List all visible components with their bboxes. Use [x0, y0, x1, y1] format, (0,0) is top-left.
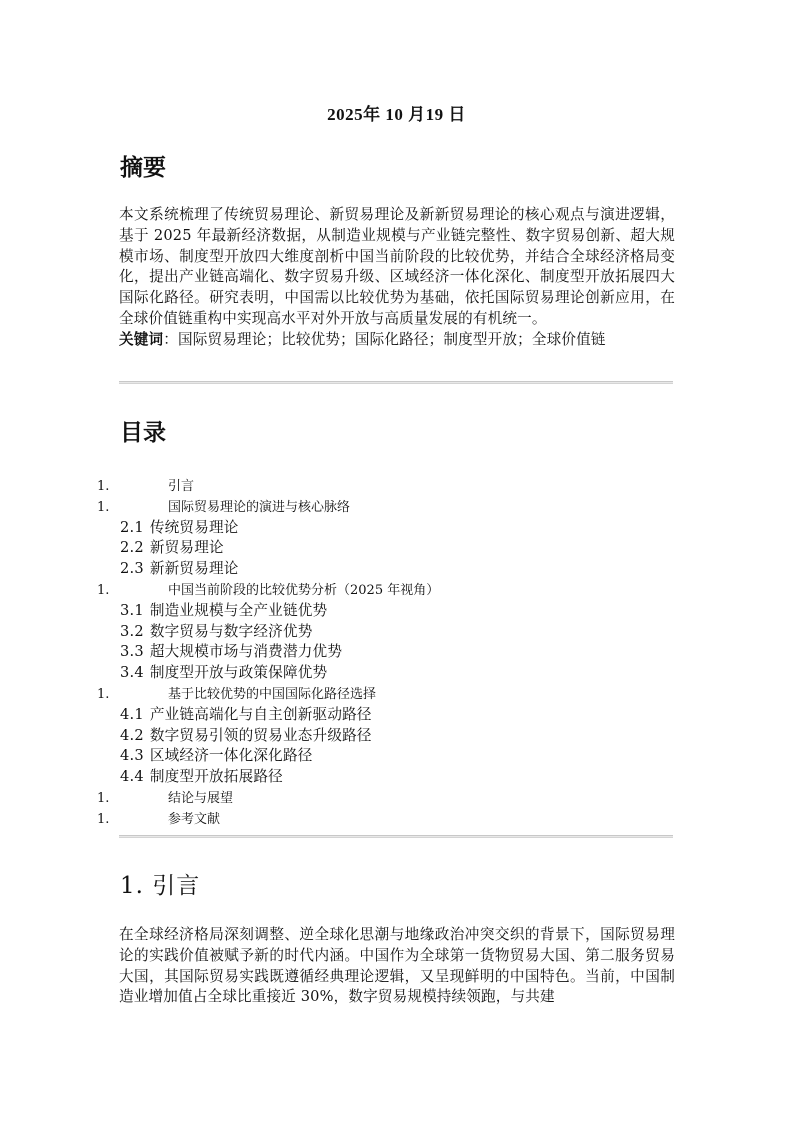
- toc-item-number: 1.: [97, 478, 109, 496]
- toc-item-label[interactable]: 参考文献: [168, 811, 220, 829]
- toc-subitem-label[interactable]: 制造业规模与全产业链优势: [150, 602, 328, 619]
- keywords-separator: ：: [163, 331, 178, 348]
- toc-subitem[interactable]: 3.3超大规模市场与消费潜力优势: [0, 642, 793, 663]
- toc-subitem-number: 4.3: [120, 747, 144, 764]
- toc-subitem-number: 4.1: [120, 706, 144, 723]
- toc-item-number: 1.: [97, 499, 109, 517]
- horizontal-rule: [119, 835, 673, 837]
- section-heading-introduction: 1. 引言: [120, 871, 200, 901]
- toc-subitem-number: 2.2: [120, 539, 144, 556]
- toc-subitem[interactable]: 4.2数字贸易引领的贸易业态升级路径: [0, 726, 793, 747]
- toc-subitem-number: 3.3: [120, 643, 144, 660]
- keywords-list: 国际贸易理论；比较优势；国际化路径；制度型开放；全球价值链: [178, 331, 606, 348]
- table-of-contents: 1.引言 1.国际贸易理论的演进与核心脉络 2.1传统贸易理论 2.2新贸易理论…: [0, 476, 793, 830]
- abstract-body: 本文系统梳理了传统贸易理论、新贸易理论及新新贸易理论的核心观点与演进逻辑，基于 …: [119, 205, 675, 351]
- toc-subitem-label[interactable]: 数字贸易引领的贸易业态升级路径: [150, 727, 372, 744]
- toc-subitem[interactable]: 2.3新新贸易理论: [0, 559, 793, 580]
- toc-subitem-label[interactable]: 新新贸易理论: [150, 560, 239, 577]
- toc-item-number: 1.: [97, 811, 109, 829]
- toc-item-number: 1.: [97, 582, 109, 600]
- toc-heading: 目录: [120, 418, 166, 448]
- toc-item-label[interactable]: 中国当前阶段的比较优势分析（2025 年视角）: [168, 582, 439, 600]
- introduction-body: 在全球经济格局深刻调整、逆全球化思潮与地缘政治冲突交织的背景下，国际贸易理论的实…: [119, 925, 675, 1008]
- toc-item[interactable]: 1.国际贸易理论的演进与核心脉络: [0, 497, 793, 518]
- toc-subitem[interactable]: 4.1产业链高端化与自主创新驱动路径: [0, 705, 793, 726]
- toc-item-number: 1.: [97, 686, 109, 704]
- toc-item-label[interactable]: 国际贸易理论的演进与核心脉络: [168, 499, 350, 517]
- toc-subitem-number: 2.3: [120, 560, 144, 577]
- toc-item-label[interactable]: 基于比较优势的中国国际化路径选择: [168, 686, 376, 704]
- toc-subitem-label[interactable]: 制度型开放拓展路径: [150, 768, 283, 785]
- toc-subitem[interactable]: 3.1制造业规模与全产业链优势: [0, 601, 793, 622]
- document-page: 2025年 10 月19 日 摘要 本文系统梳理了传统贸易理论、新贸易理论及新新…: [0, 0, 793, 1122]
- abstract-text: 本文系统梳理了传统贸易理论、新贸易理论及新新贸易理论的核心观点与演进逻辑，基于 …: [119, 206, 675, 327]
- toc-subitem-label[interactable]: 超大规模市场与消费潜力优势: [150, 643, 342, 660]
- toc-subitem-label[interactable]: 产业链高端化与自主创新驱动路径: [150, 706, 372, 723]
- toc-item-label[interactable]: 引言: [168, 478, 194, 496]
- toc-item-number: 1.: [97, 790, 109, 808]
- toc-subitem[interactable]: 4.4制度型开放拓展路径: [0, 767, 793, 788]
- toc-item[interactable]: 1.引言: [0, 476, 793, 497]
- toc-subitem[interactable]: 4.3区域经济一体化深化路径: [0, 746, 793, 767]
- toc-item[interactable]: 1.中国当前阶段的比较优势分析（2025 年视角）: [0, 580, 793, 601]
- toc-subitem[interactable]: 2.1传统贸易理论: [0, 518, 793, 539]
- toc-subitem-number: 3.2: [120, 623, 144, 640]
- toc-subitem-label[interactable]: 数字贸易与数字经济优势: [150, 623, 313, 640]
- toc-item[interactable]: 1.参考文献: [0, 809, 793, 830]
- toc-subitem[interactable]: 3.4制度型开放与政策保障优势: [0, 663, 793, 684]
- horizontal-rule: [119, 381, 673, 383]
- abstract-heading: 摘要: [120, 153, 166, 183]
- toc-subitem-number: 3.1: [120, 602, 144, 619]
- toc-subitem-number: 4.2: [120, 727, 144, 744]
- toc-subitem-number: 2.1: [120, 519, 144, 536]
- keywords-label: 关键词: [119, 331, 163, 348]
- toc-subitem-label[interactable]: 传统贸易理论: [150, 519, 239, 536]
- toc-subitem-number: 4.4: [120, 768, 144, 785]
- document-date: 2025年 10 月19 日: [0, 104, 793, 126]
- toc-subitem-number: 3.4: [120, 664, 144, 681]
- toc-subitem-label[interactable]: 新贸易理论: [150, 539, 224, 556]
- toc-subitem-label[interactable]: 区域经济一体化深化路径: [150, 747, 313, 764]
- toc-item[interactable]: 1.基于比较优势的中国国际化路径选择: [0, 684, 793, 705]
- toc-subitem[interactable]: 2.2新贸易理论: [0, 538, 793, 559]
- toc-item[interactable]: 1.结论与展望: [0, 788, 793, 809]
- toc-subitem-label[interactable]: 制度型开放与政策保障优势: [150, 664, 328, 681]
- toc-subitem[interactable]: 3.2数字贸易与数字经济优势: [0, 622, 793, 643]
- toc-item-label[interactable]: 结论与展望: [168, 790, 233, 808]
